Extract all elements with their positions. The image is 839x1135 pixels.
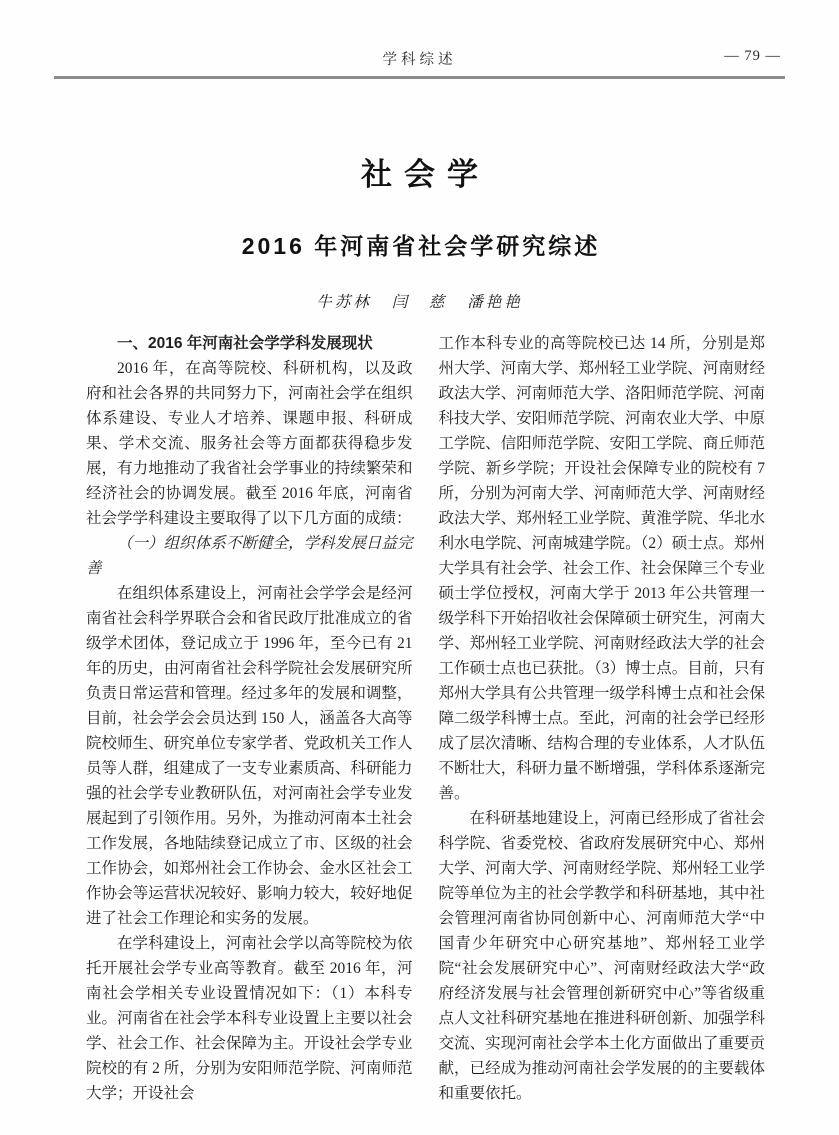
section-heading: 一、2016 年河南社会学学科发展现状 bbox=[86, 331, 413, 356]
header-rule bbox=[54, 76, 785, 79]
article-title: 2016 年河南省社会学研究综述 bbox=[0, 228, 839, 261]
paragraph-continuation: 工作本科专业的高等院校已达 14 所，分别是郑州大学、河南大学、郑州轻工业学院、… bbox=[439, 331, 766, 806]
author-line: 牛苏林闫 慈潘艳艳 bbox=[0, 290, 839, 312]
running-head: 学科综述 bbox=[54, 48, 785, 69]
right-column: 工作本科专业的高等院校已达 14 所，分别是郑州大学、河南大学、郑州轻工业学院、… bbox=[439, 331, 766, 1106]
page-number: — 79 — bbox=[724, 48, 781, 65]
paragraph: 在科研基地建设上，河南已经形成了省社会科学院、省委党校、省政府发展研究中心、郑州… bbox=[439, 806, 766, 1106]
subsection-heading: （一）组织体系不断健全，学科发展日益完善 bbox=[86, 531, 413, 581]
author-name: 潘艳艳 bbox=[467, 294, 523, 311]
author-name: 闫 慈 bbox=[392, 294, 448, 311]
body-columns: 一、2016 年河南社会学学科发展现状 2016 年，在高等院校、科研机构，以及… bbox=[86, 331, 765, 1106]
paragraph: 在学科建设上，河南社会学以高等院校为依托开展社会学专业高等教育。截至 2016 … bbox=[86, 931, 413, 1106]
document-page: 学科综述 — 79 — 社会学 2016 年河南省社会学研究综述 牛苏林闫 慈潘… bbox=[0, 0, 839, 1135]
paragraph: 在组织体系建设上，河南社会学学会是经河南省社会科学界联合会和省民政厅批准成立的省… bbox=[86, 581, 413, 931]
paragraph: 2016 年，在高等院校、科研机构，以及政府和社会各界的共同努力下，河南社会学在… bbox=[86, 356, 413, 531]
author-name: 牛苏林 bbox=[316, 294, 372, 311]
page-header: 学科综述 — 79 — bbox=[54, 48, 785, 70]
section-title: 社会学 bbox=[0, 149, 839, 194]
left-column: 一、2016 年河南社会学学科发展现状 2016 年，在高等院校、科研机构，以及… bbox=[86, 331, 413, 1106]
